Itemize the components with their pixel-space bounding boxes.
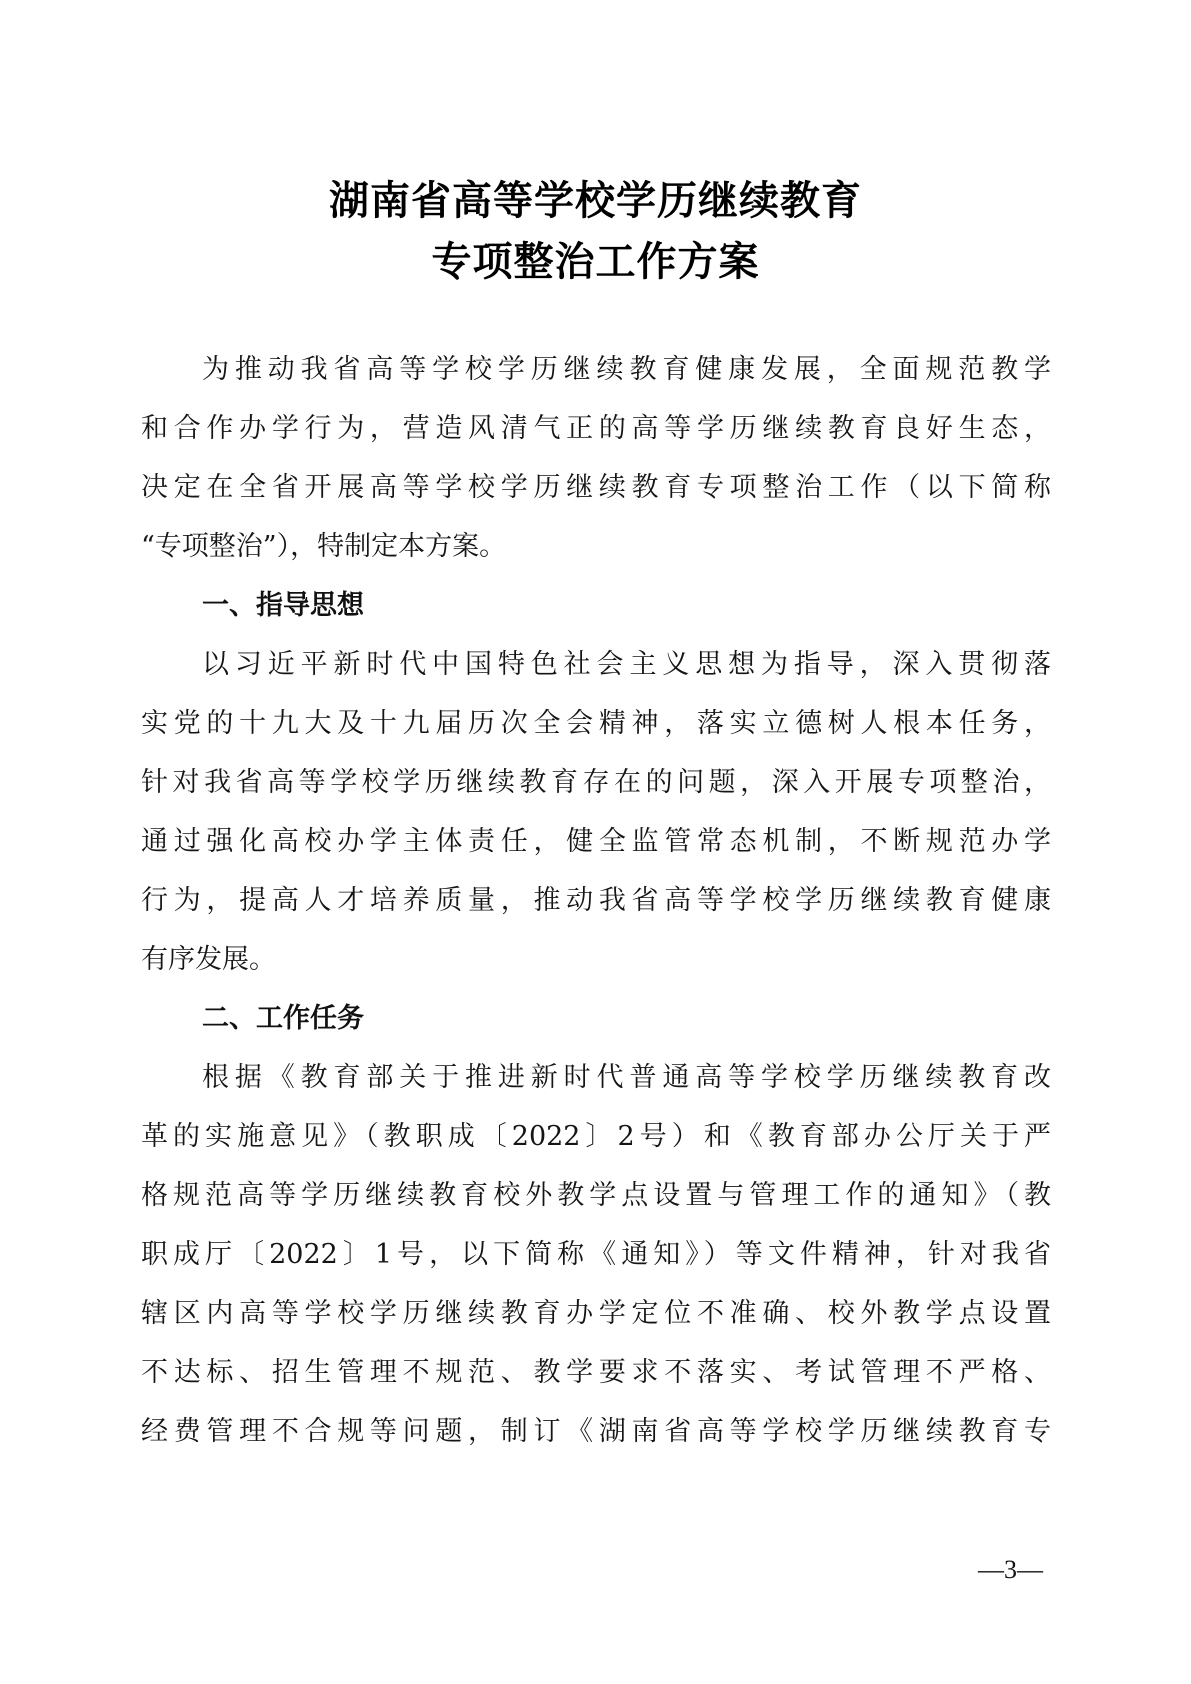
document-title-line-1: 湖南省高等学校学历继续教育: [0, 181, 1191, 221]
section-2-paragraph-line: 辖区内高等学校学历继续教育办学定位不准确、校外教学点设置: [141, 1300, 1051, 1327]
section-1-paragraph-line: 有序发展。: [141, 946, 1051, 973]
section-2-paragraph-line: 格规范高等学历继续教育校外教学点设置与管理工作的通知》（教: [141, 1182, 1051, 1209]
section-2-paragraph-line: 革的实施意见》（教职成〔2022〕2号）和《教育部办公厅关于严: [141, 1123, 1051, 1150]
section-2-paragraph-line: 经费管理不合规等问题，制订《湖南省高等学校学历继续教育专: [141, 1418, 1051, 1445]
intro-paragraph-line: “专项整治”），特制定本方案。: [141, 533, 1051, 560]
section-2-paragraph-line: 不达标、招生管理不规范、教学要求不落实、考试管理不严格、: [141, 1359, 1051, 1386]
section-2-paragraph-line: 职成厅〔2022〕1号，以下简称《通知》）等文件精神，针对我省: [141, 1241, 1051, 1268]
intro-paragraph-line: 为推动我省高等学校学历继续教育健康发展，全面规范教学: [202, 356, 1051, 383]
section-2-paragraph-line: 根据《教育部关于推进新时代普通高等学校学历继续教育改: [202, 1064, 1051, 1091]
document-page: 湖南省高等学校学历继续教育 专项整治工作方案 为推动我省高等学校学历继续教育健康…: [0, 0, 1191, 1684]
section-1-paragraph-line: 以习近平新时代中国特色社会主义思想为指导，深入贯彻落: [202, 651, 1051, 678]
document-title-line-2: 专项整治工作方案: [0, 242, 1191, 282]
section-heading-guiding-ideology: 一、指导思想: [202, 592, 364, 619]
section-1-paragraph-line: 针对我省高等学校学历继续教育存在的问题，深入开展专项整治，: [141, 769, 1051, 796]
section-1-paragraph-line: 通过强化高校办学主体责任，健全监管常态机制，不断规范办学: [141, 828, 1051, 855]
intro-paragraph-line: 和合作办学行为，营造风清气正的高等学历继续教育良好生态，: [141, 415, 1051, 442]
section-1-paragraph-line: 行为，提高人才培养质量，推动我省高等学校学历继续教育健康: [141, 887, 1051, 914]
section-1-paragraph-line: 实党的十九大及十九届历次全会精神，落实立德树人根本任务，: [141, 710, 1051, 737]
page-number: —3—: [978, 1557, 1043, 1583]
intro-paragraph-line: 决定在全省开展高等学校学历继续教育专项整治工作（以下简称: [141, 474, 1051, 501]
section-heading-work-tasks: 二、工作任务: [202, 1005, 364, 1032]
